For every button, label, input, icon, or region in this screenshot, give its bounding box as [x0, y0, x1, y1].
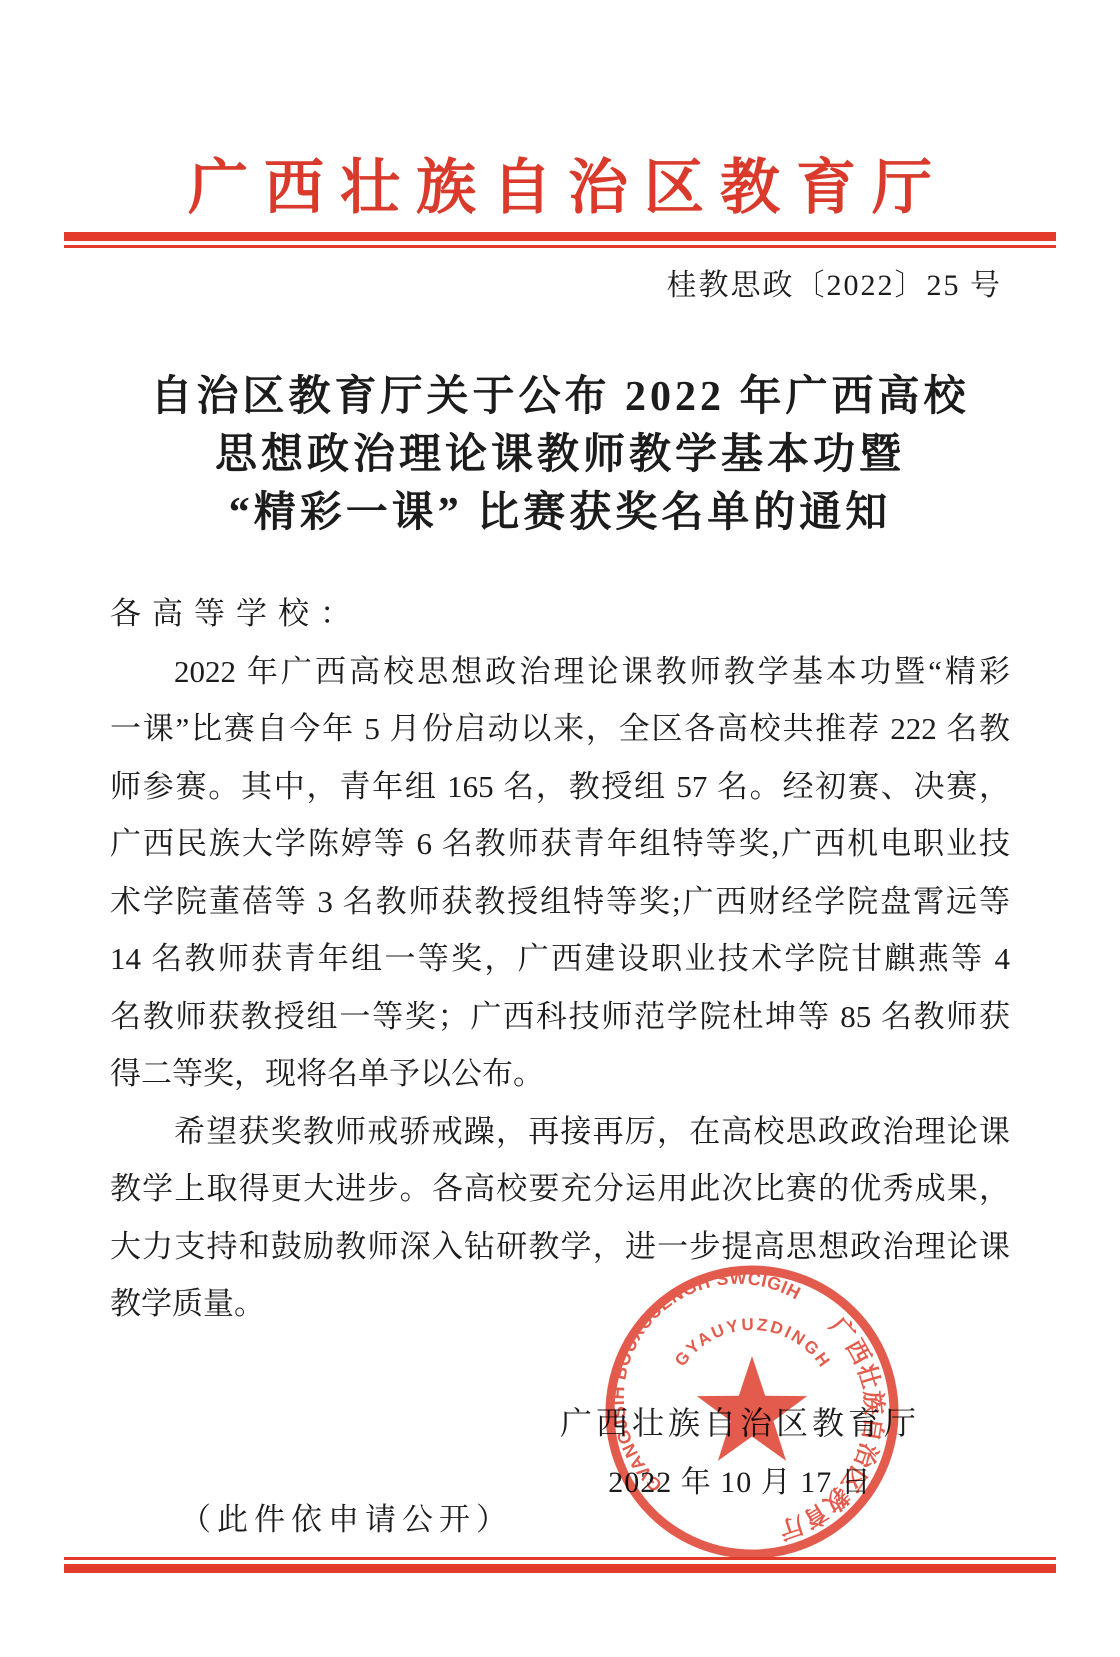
footer-divider — [64, 1557, 1056, 1573]
divider-thick-line — [64, 232, 1056, 241]
letterhead-org-title: 广西壮族自治区教育厅 — [0, 140, 1120, 226]
notice-title-line-3: “精彩一课” 比赛获奖名单的通知 — [0, 484, 1120, 542]
footer-disclosure-note: （此件依申请公开） — [180, 1494, 513, 1539]
star-icon — [697, 1356, 807, 1461]
body-line: 14 名教师获青年组一等奖，广西建设职业技术学院甘麒燕等 4 — [110, 930, 1010, 988]
divider-thick-line — [64, 1564, 1056, 1573]
notice-title: 自治区教育厅关于公布 2022 年广西高校 思想政治理论课教师教学基本功暨 “精… — [0, 368, 1120, 542]
body-line: 广西民族大学陈婷等 6 名教师获青年组特等奖,广西机电职业技 — [110, 815, 1010, 873]
document-number: 桂教思政〔2022〕25 号 — [667, 260, 1003, 304]
body-line: 一课”比赛自今年 5 月份启动以来，全区各高校共推荐 222 名教 — [110, 700, 1010, 758]
notice-body: 各高等学校： 2022 年广西高校思想政治理论课教师教学基本功暨“精彩 一课”比… — [110, 585, 1010, 1333]
notice-title-line-2: 思想政治理论课教师教学基本功暨 — [0, 426, 1120, 484]
body-line: 师参赛。其中，青年组 165 名，教授组 57 名。经初赛、决赛， — [110, 758, 1010, 816]
body-line: 术学院董蓓等 3 名教师获教授组特等奖;广西财经学院盘霄远等 — [110, 873, 1010, 931]
seal-chinese-text: 广西壮族自治区教育厅 — [774, 1312, 887, 1544]
notice-title-line-1: 自治区教育厅关于公布 2022 年广西高校 — [0, 368, 1120, 426]
seal-zhuang-text: GVANGJSIH BOUXCUENGH SWCIGIH — [608, 1268, 804, 1496]
salutation: 各高等学校： — [110, 585, 1010, 643]
divider-thin-line — [64, 245, 1056, 248]
body-line: 2022 年广西高校思想政治理论课教师教学基本功暨“精彩 — [110, 643, 1010, 701]
letterhead-divider — [64, 232, 1056, 248]
official-seal-stamp: GVANGJSIH BOUXCUENGH SWCIGIH 广西壮族自治区教育厅 … — [592, 1252, 912, 1572]
official-notice-page: 广西壮族自治区教育厅 桂教思政〔2022〕25 号 自治区教育厅关于公布 202… — [0, 0, 1120, 1657]
body-line: 希望获奖教师戒骄戒躁，再接再厉，在高校思政政治理论课 — [110, 1103, 1010, 1161]
body-line: 教学上取得更大进步。各高校要充分运用此次比赛的优秀成果， — [110, 1160, 1010, 1218]
body-line: 名教师获教授组一等奖；广西科技师范学院杜坤等 85 名教师获 — [110, 988, 1010, 1046]
body-line: 得二等奖，现将名单予以公布。 — [110, 1045, 1010, 1103]
